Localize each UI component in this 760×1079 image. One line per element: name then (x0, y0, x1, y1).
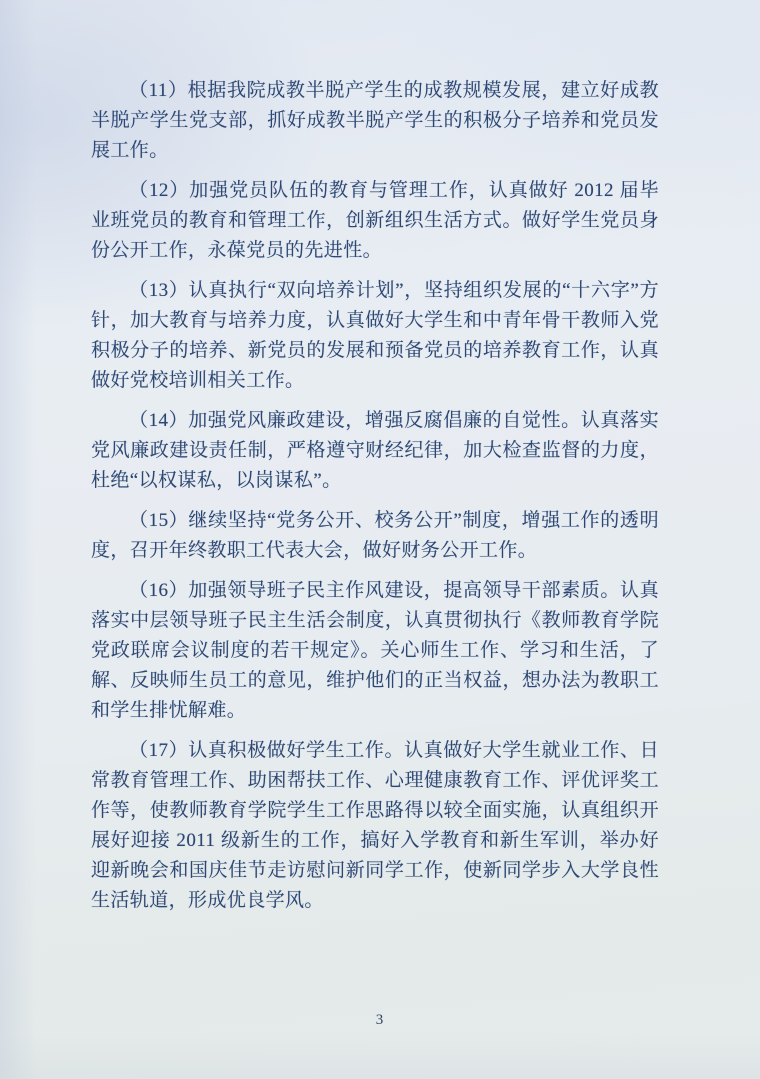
page-number: 3 (0, 1012, 760, 1029)
paragraph-13: （13）认真执行“双向培养计划”，坚持组织发展的“十六字”方针，加大教育与培养力… (91, 276, 659, 396)
document-text-block: （11）根据我院成教半脱产学生的成教规模发展，建立好成教半脱产学生党支部，抓好成… (91, 76, 659, 926)
paragraph-11: （11）根据我院成教半脱产学生的成教规模发展，建立好成教半脱产学生党支部，抓好成… (91, 76, 659, 166)
paragraph-12: （12）加强党员队伍的教育与管理工作，认真做好 2012 届毕业班党员的教育和管… (91, 176, 659, 266)
paragraph-14: （14）加强党风廉政建设，增强反腐倡廉的自觉性。认真落实党风廉政建设责任制，严格… (91, 406, 659, 496)
scan-shading-left (0, 0, 36, 1079)
scanned-document-page: （11）根据我院成教半脱产学生的成教规模发展，建立好成教半脱产学生党支部，抓好成… (0, 0, 760, 1079)
paragraph-15: （15）继续坚持“党务公开、校务公开”制度，增强工作的透明度，召开年终教职工代表… (91, 506, 659, 566)
paragraph-16: （16）加强领导班子民主作风建设，提高领导干部素质。认真落实中层领导班子民主生活… (91, 576, 659, 726)
scan-shading-bottom (0, 1031, 760, 1079)
paragraph-17: （17）认真积极做好学生工作。认真做好大学生就业工作、日常教育管理工作、助困帮扶… (91, 736, 659, 916)
